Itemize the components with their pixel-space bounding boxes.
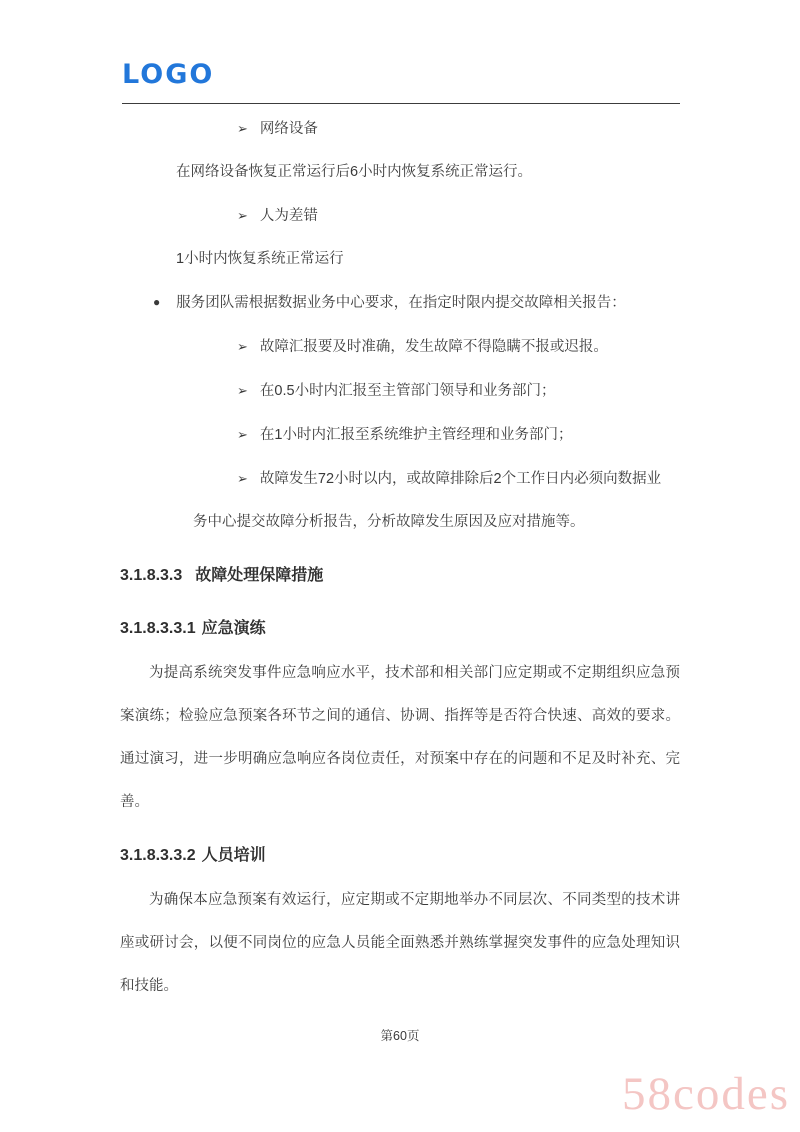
- section-number: 3.1.8.3.3.2: [120, 847, 196, 864]
- list-item: ➢故障发生72小时以内，或故障排除后2个工作日内必须向数据业: [120, 457, 680, 501]
- list-item: 1小时内恢复系统正常运行: [120, 238, 680, 281]
- paragraph: 为提高系统突发事件应急响应水平，技术部和相关部门应定期或不定期组织应急预案演练；…: [120, 652, 680, 824]
- paragraph: 为确保本应急预案有效运行，应定期或不定期地举办不同层次、不同类型的技术讲座或研讨…: [120, 879, 680, 1008]
- list-item-text: 在网络设备恢复正常运行后6小时内恢复系统正常运行。: [176, 164, 532, 180]
- list-item: ➢在0.5小时内汇报至主管部门领导和业务部门；: [120, 369, 680, 413]
- list-item-text: 服务团队需根据数据业务中心要求，在指定时限内提交故障相关报告：: [176, 295, 626, 311]
- section-heading: 3.1.8.3.3.2人员培训: [120, 834, 680, 877]
- list-item: ➢故障汇报要及时准确，发生故障不得隐瞒不报或迟报。: [120, 325, 680, 369]
- arrow-bullet-icon: ➢: [237, 369, 248, 412]
- list-item-text: 务中心提交故障分析报告，分析故障发生原因及应对措施等。: [193, 514, 585, 530]
- list-item: ➢网络设备: [120, 107, 680, 151]
- list-item: 在网络设备恢复正常运行后6小时内恢复系统正常运行。: [120, 151, 680, 194]
- list-item-text: 故障发生72小时以内，或故障排除后2个工作日内必须向数据业: [260, 471, 661, 487]
- section-title: 人员培训: [202, 847, 266, 864]
- page-header: LOGO: [0, 0, 800, 104]
- page-number: 第60页: [0, 1026, 800, 1044]
- watermark: 58codes: [622, 1068, 790, 1120]
- list-item-text: 在0.5小时内汇报至主管部门领导和业务部门；: [260, 383, 556, 399]
- section-heading: 3.1.8.3.3.1应急演练: [120, 607, 680, 650]
- arrow-bullet-icon: ➢: [237, 107, 248, 150]
- arrow-bullet-icon: ➢: [237, 457, 248, 500]
- section-heading: 3.1.8.3.3故障处理保障措施: [120, 554, 680, 597]
- list-item-text: 网络设备: [260, 121, 318, 137]
- list-item-continuation: 务中心提交故障分析报告，分析故障发生原因及应对措施等。: [120, 501, 680, 544]
- list-item-text: 在1小时内汇报至系统维护主管经理和业务部门；: [260, 427, 573, 443]
- list-item-text: 人为差错: [260, 208, 318, 224]
- list-item-text: 1小时内恢复系统正常运行: [176, 251, 344, 267]
- arrow-bullet-icon: ➢: [237, 194, 248, 237]
- arrow-bullet-icon: ➢: [237, 413, 248, 456]
- section-title: 故障处理保障措施: [195, 567, 323, 584]
- list-item: ➢人为差错: [120, 194, 680, 238]
- arrow-bullet-icon: ➢: [237, 325, 248, 368]
- company-logo: LOGO: [122, 57, 680, 93]
- list-item: ●服务团队需根据数据业务中心要求，在指定时限内提交故障相关报告：: [120, 281, 680, 325]
- section-title: 应急演练: [202, 620, 266, 637]
- section-number: 3.1.8.3.3.1: [120, 620, 196, 637]
- header-divider: [122, 103, 680, 104]
- list-item: ➢在1小时内汇报至系统维护主管经理和业务部门；: [120, 413, 680, 457]
- document-body: ➢网络设备 在网络设备恢复正常运行后6小时内恢复系统正常运行。 ➢人为差错 1小…: [120, 107, 680, 1008]
- list-item-text: 故障汇报要及时准确，发生故障不得隐瞒不报或迟报。: [260, 339, 608, 355]
- document-page: LOGO ➢网络设备 在网络设备恢复正常运行后6小时内恢复系统正常运行。 ➢人为…: [0, 0, 800, 1132]
- section-number: 3.1.8.3.3: [120, 567, 182, 584]
- dot-bullet-icon: ●: [153, 281, 160, 324]
